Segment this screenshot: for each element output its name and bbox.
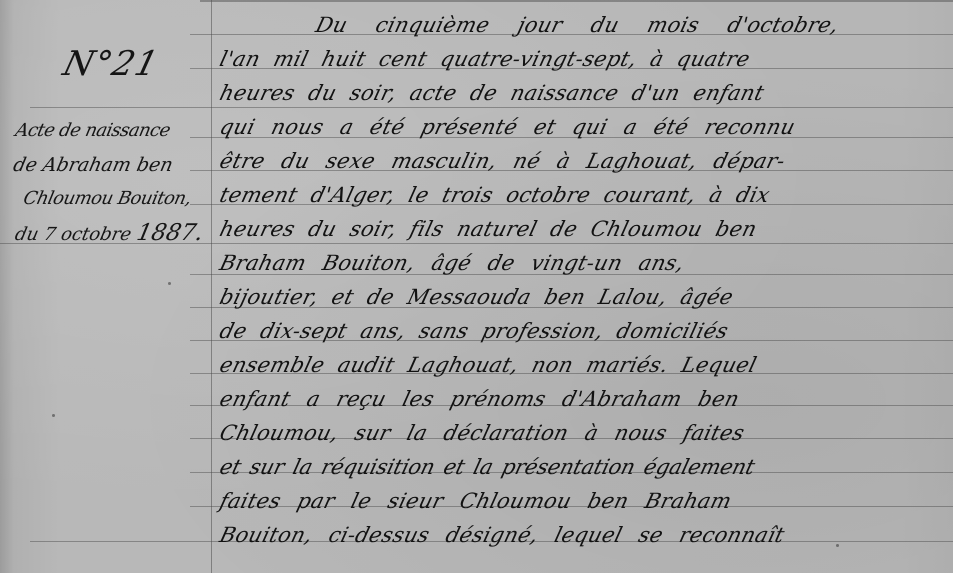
body-line: tement d'Alger, le trois octobre courant… xyxy=(216,178,953,212)
margin-note-line: du 7 octobre 1887. xyxy=(8,216,215,250)
register-page: N°21 Acte de naissance de Abraham ben Ch… xyxy=(0,0,953,573)
body-line: Du cinquième jour du mois d'octobre, xyxy=(216,8,953,42)
body-line: Bouiton, ci-dessus désigné, lequel se re… xyxy=(216,518,953,552)
margin-note-date: du 7 octobre xyxy=(13,224,133,245)
body-line: ensemble audit Laghouat, non mariés. Leq… xyxy=(216,348,953,382)
paper-speck xyxy=(168,282,171,285)
body-line: qui nous a été présenté et qui a été rec… xyxy=(216,110,953,144)
top-rule-line xyxy=(200,0,953,2)
body-line: heures du soir, acte de naissance d'un e… xyxy=(216,76,953,110)
body-line: faites par le sieur Chloumou ben Braham xyxy=(216,484,953,518)
margin-note-year: 1887. xyxy=(134,220,205,246)
margin-note-line: Chloumou Bouiton, xyxy=(8,182,215,216)
record-body-text: Du cinquième jour du mois d'octobre, l'a… xyxy=(216,8,951,552)
body-line: bijoutier, et de Messaouda ben Lalou, âg… xyxy=(216,280,953,314)
paper-speck xyxy=(52,414,55,417)
margin-summary-note: Acte de naissance de Abraham ben Chloumo… xyxy=(8,114,208,250)
body-line: de dix-sept ans, sans profession, domici… xyxy=(216,314,953,348)
margin-rule-line xyxy=(211,0,212,573)
record-number: N°21 xyxy=(59,44,163,84)
body-line: l'an mil huit cent quatre-vingt-sept, à … xyxy=(216,42,953,76)
body-line: enfant a reçu les prénoms d'Abraham ben xyxy=(216,382,953,416)
body-line: heures du soir, fils naturel de Chloumou… xyxy=(216,212,953,246)
body-line: Braham Bouiton, âgé de vingt-un ans, xyxy=(216,246,953,280)
paper-speck xyxy=(836,544,839,547)
margin-note-line: de Abraham ben xyxy=(8,148,215,182)
margin-note-line: Acte de naissance xyxy=(8,114,215,148)
body-line: être du sexe masculin, né à Laghouat, dé… xyxy=(216,144,953,178)
body-line: Chloumou, sur la déclaration à nous fait… xyxy=(216,416,953,450)
body-line: et sur la réquisition et la présentation… xyxy=(216,450,953,484)
